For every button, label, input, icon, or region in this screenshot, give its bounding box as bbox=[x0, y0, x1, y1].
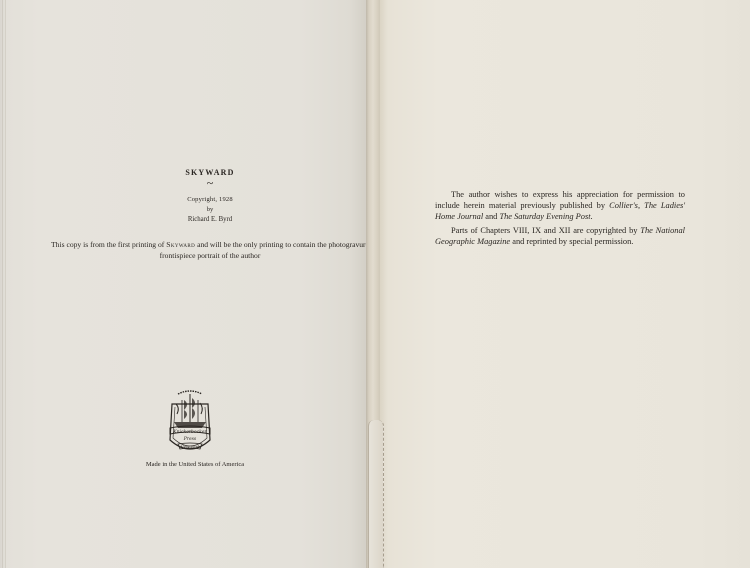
book-spread: SKYWARD ~ Copyright, 1928 by Richard E. … bbox=[0, 0, 750, 568]
svg-text:Knickerbocker: Knickerbocker bbox=[172, 429, 207, 435]
publication-saturday-evening-post: The Saturday Evening Post bbox=[499, 212, 590, 221]
first-printing-notice: This copy is from the first printing of … bbox=[50, 240, 370, 261]
ship-colophon-icon: Knickerbocker Press New York bbox=[160, 386, 220, 458]
acknowledgments: The author wishes to express his appreci… bbox=[435, 190, 685, 252]
left-page: SKYWARD ~ Copyright, 1928 by Richard E. … bbox=[0, 0, 368, 568]
author-name: Richard E. Byrd bbox=[60, 216, 360, 223]
ornament-tilde: ~ bbox=[60, 177, 360, 189]
ack-text: Parts of Chapters VIII, IX and XII are c… bbox=[451, 226, 640, 235]
notice-text: This copy is from the first printing of bbox=[51, 240, 166, 249]
acknowledgment-paragraph-1: The author wishes to express his appreci… bbox=[435, 190, 685, 222]
svg-text:New York: New York bbox=[179, 444, 200, 449]
svg-text:Press: Press bbox=[183, 436, 197, 442]
right-page bbox=[378, 0, 750, 568]
by-line: by bbox=[60, 206, 360, 213]
ack-text: and reprinted by special permission. bbox=[510, 237, 633, 246]
notice-book-name: Skyward bbox=[166, 240, 195, 249]
torn-spine-edge bbox=[368, 420, 384, 568]
copyright-line: Copyright, 1928 bbox=[60, 196, 360, 203]
publication-colliers: Collier's bbox=[609, 201, 638, 210]
acknowledgment-paragraph-2: Parts of Chapters VIII, IX and XII are c… bbox=[435, 226, 685, 248]
made-in-line: Made in the United States of America bbox=[60, 461, 330, 468]
ack-text: and bbox=[483, 212, 499, 221]
ack-text: . bbox=[591, 212, 593, 221]
